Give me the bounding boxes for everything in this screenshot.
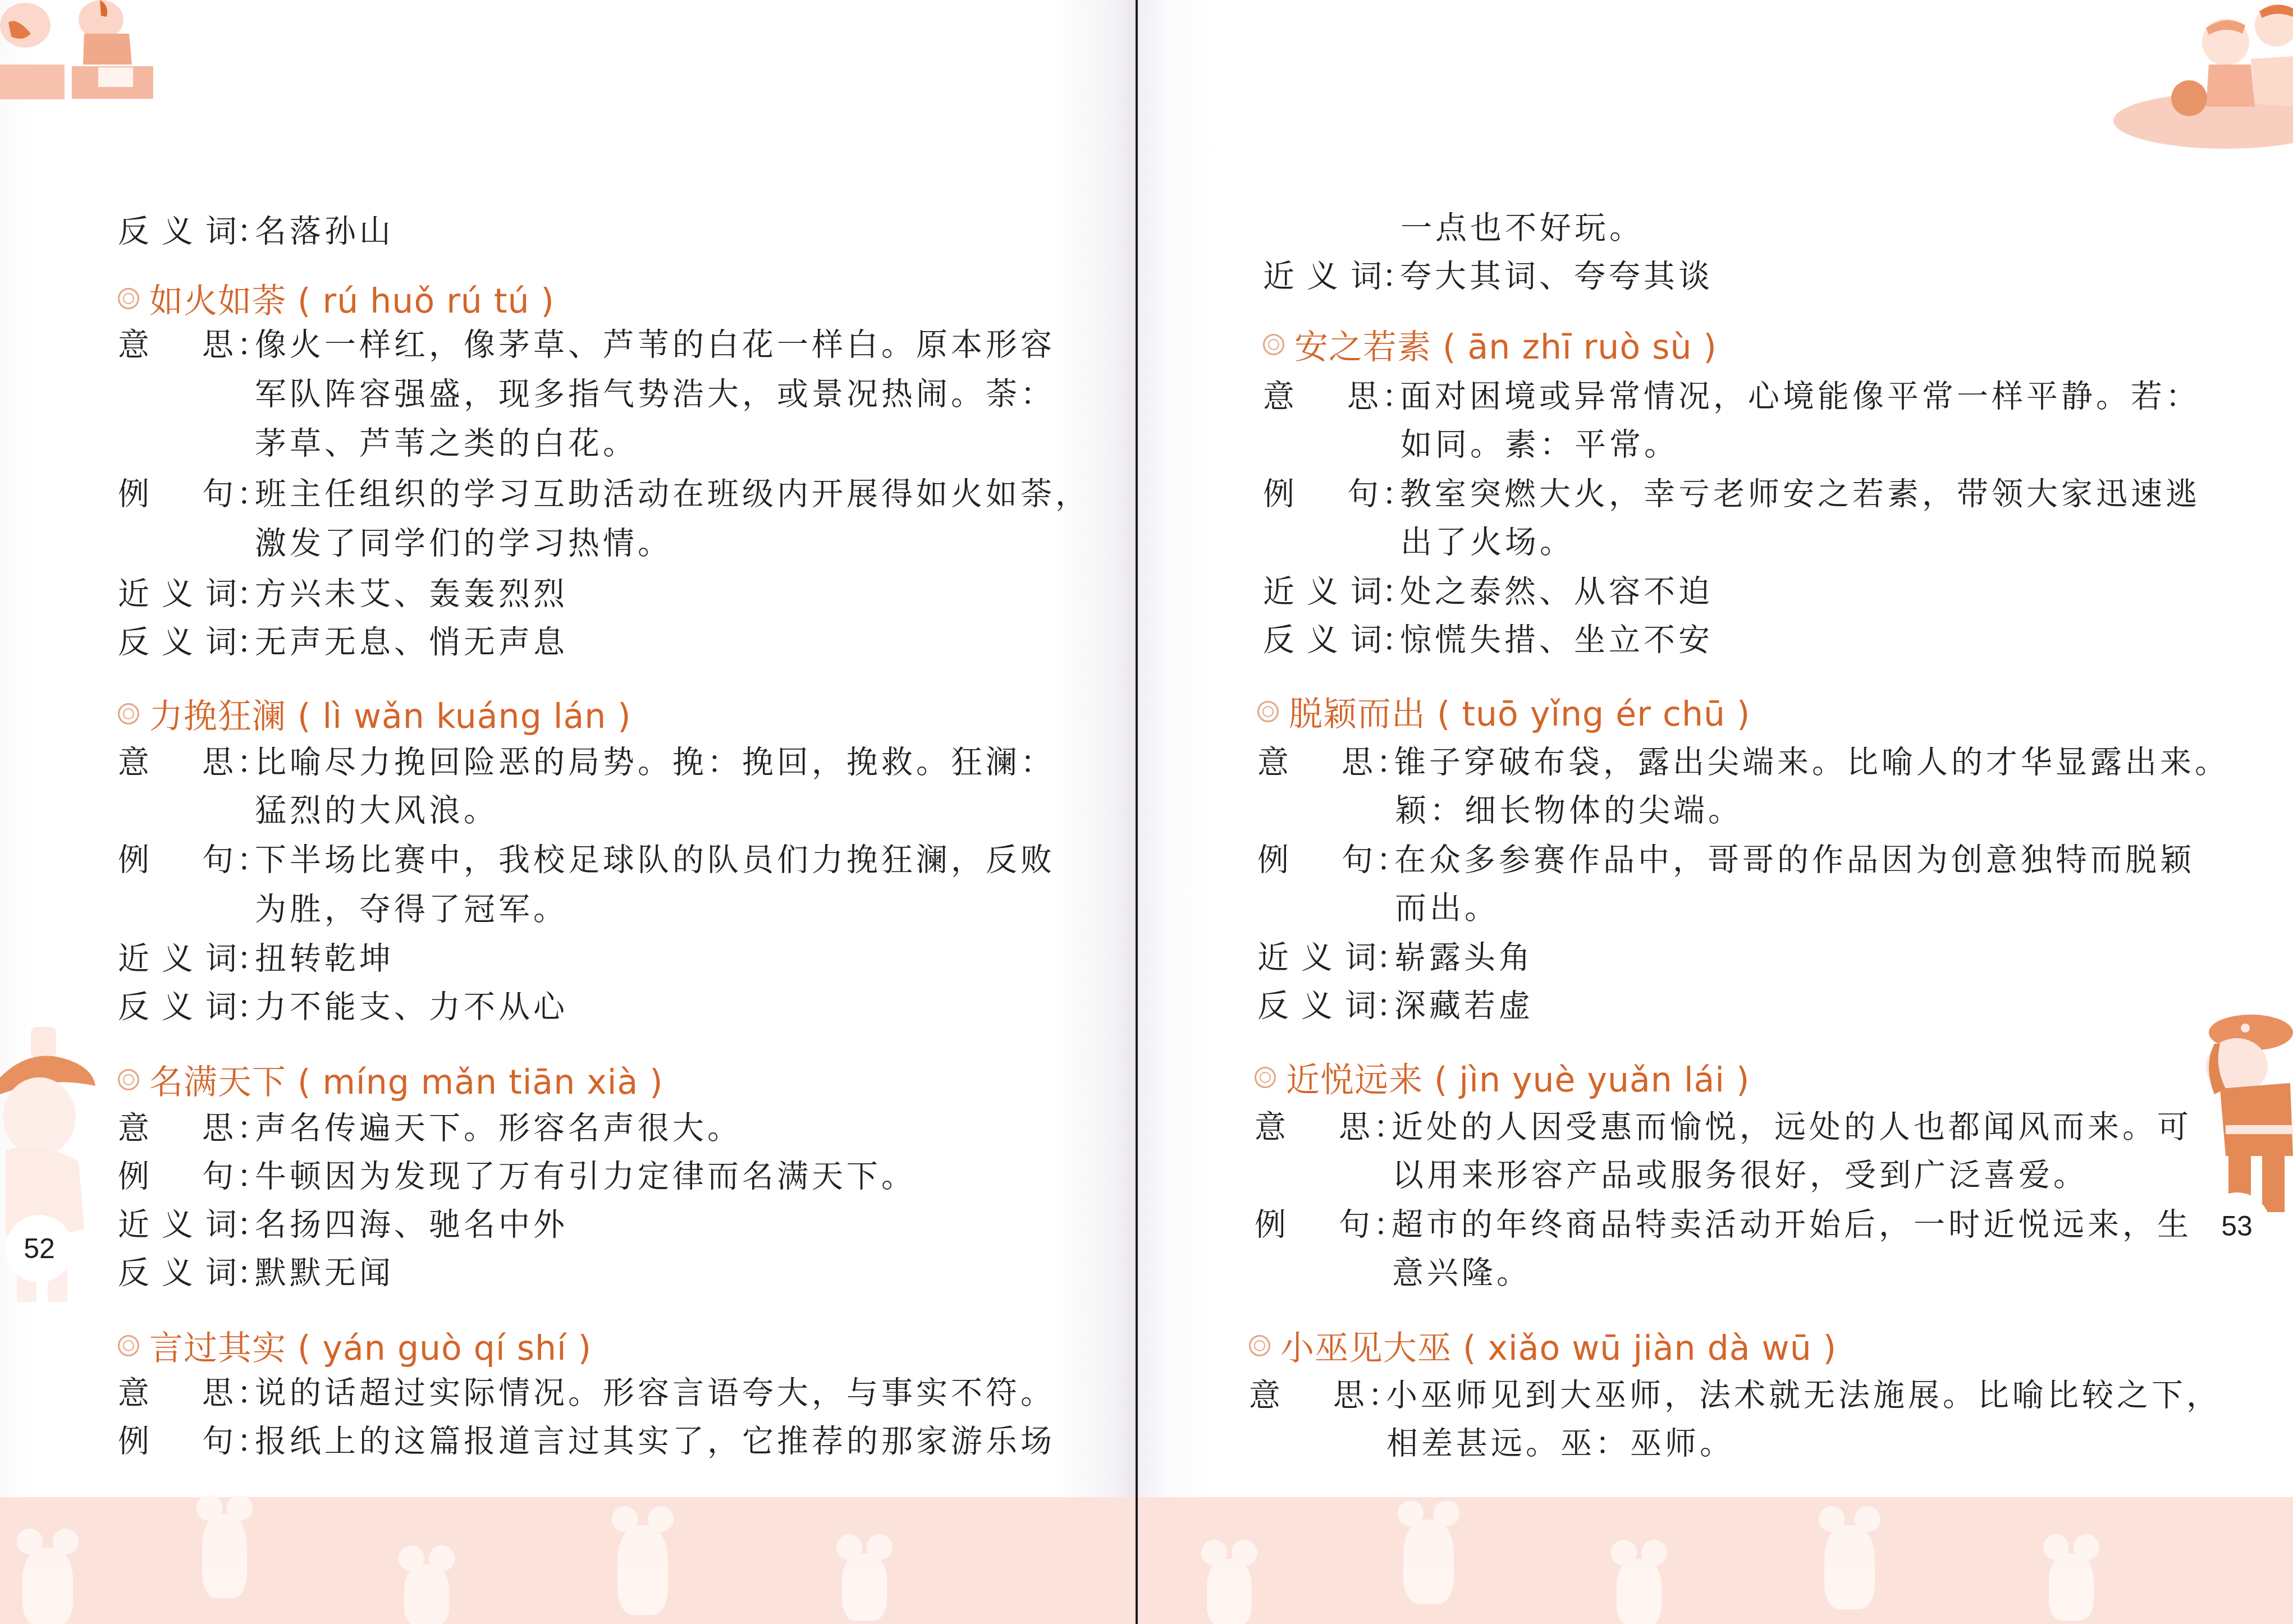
example-line: 例 句：报纸上的这篇报道言过其实了，它推荐的那家游乐场 <box>118 1422 1055 1461</box>
idiom-heading: 名满天下 ( míng mǎn tiān xià ) <box>118 1062 663 1103</box>
example-line-cont: 出了火场。 <box>1400 523 1575 562</box>
children-reading-illustration <box>0 0 157 104</box>
mouse-silhouette-icon <box>1617 1559 1662 1624</box>
meaning-line: 意 思：小巫师见到大巫师，法术就无法施展。比喻比较之下， <box>1249 1376 2221 1415</box>
meaning-line: 意 思：锥子穿破布袋，露出尖端来。比喻人的才华显露出来。 <box>1257 743 2230 782</box>
mouse-silhouette-icon <box>1824 1525 1875 1609</box>
double-circle-icon <box>118 1335 139 1356</box>
meaning-line: 意 思：说的话超过实际情况。形容言语夸大，与事实不符。 <box>118 1374 1055 1413</box>
double-circle-icon <box>118 1069 139 1090</box>
page-number-left: 52 <box>6 1215 73 1282</box>
idiom-heading: 如火如荼 ( rú huǒ rú tú ) <box>118 281 555 322</box>
antonym-label: 反义词 <box>118 212 237 251</box>
idiom-heading: 力挽狂澜 ( lì wǎn kuáng lán ) <box>118 696 631 737</box>
page-number-right: 53 <box>2203 1192 2271 1260</box>
example-line: 例 句：在众多参赛作品中，哥哥的作品因为创意独特而脱颖 <box>1257 841 2195 880</box>
synonym-line: 近义词：夸大其词、夸夸其谈 <box>1263 257 1713 296</box>
boy-uniform-illustration <box>2198 1004 2293 1218</box>
example-line: 例 句：超市的年终商品特卖活动开始后，一时近悦远来，生 <box>1255 1205 2192 1245</box>
book-spine <box>1136 0 1138 1624</box>
antonym-line: 反义词：惊慌失措、坐立不安 <box>1263 621 1713 660</box>
meaning-line-cont: 猛烈的大风浪。 <box>255 791 498 831</box>
meaning-line: 意 思：近处的人因受惠而愉悦，远处的人也都闻风而来。可 <box>1255 1108 2192 1147</box>
meaning-line: 意 思：像火一样红，像茅草、芦苇的白花一样白。原本形容 <box>118 325 1055 365</box>
example-line-cont: 一点也不好玩。 <box>1400 209 1644 248</box>
antonym-line: 反义词：名落孙山 <box>118 212 394 251</box>
meaning-line-cont: 颖：细长物体的尖端。 <box>1395 791 1743 831</box>
idiom-heading: 言过其实 ( yán guò qí shí ) <box>118 1328 592 1369</box>
example-line: 例 句：教室突燃大火，幸亏老师安之若素，带领大家迅速逃 <box>1263 475 2200 514</box>
idiom-heading: 安之若素 ( ān zhī ruò sù ) <box>1263 327 1717 368</box>
antonym-line: 反义词：深藏若虚 <box>1257 987 1534 1026</box>
meaning-line-cont: 如同。素：平常。 <box>1400 425 1679 465</box>
decorative-footer-band <box>0 1497 2293 1624</box>
idiom-pinyin: ( rú huǒ rú tú ) <box>298 282 555 321</box>
meaning-line: 意 思：比喻尽力挽回险恶的局势。挽：挽回，挽救。狂澜： <box>118 743 1055 782</box>
example-line-cont: 意兴隆。 <box>1392 1254 1531 1293</box>
meaning-line-cont: 相差甚远。巫：巫师。 <box>1386 1424 1734 1464</box>
meaning-line-cont: 军队阵容强盛，现多指气势浩大，或景况热闹。荼： <box>255 375 1055 414</box>
example-line-cont: 激发了同学们的学习热情。 <box>255 524 672 563</box>
mouse-silhouette-icon <box>404 1565 449 1624</box>
mouse-silhouette-icon <box>617 1525 668 1615</box>
example-line-cont: 而出。 <box>1395 889 1499 928</box>
meaning-line-cont: 以用来形容产品或服务很好，受到广泛喜爱。 <box>1392 1156 2088 1195</box>
idiom-heading: 小巫见大巫 ( xiǎo wū jiàn dà wū ) <box>1249 1328 1837 1369</box>
synonym-line: 近义词：崭露头角 <box>1257 938 1534 978</box>
mouse-silhouette-icon <box>2049 1553 2094 1621</box>
double-circle-icon <box>1255 1067 1276 1088</box>
mouse-silhouette-icon <box>22 1548 73 1624</box>
meaning-line: 意 思：声名传遍天下。形容名声很大。 <box>118 1109 742 1148</box>
mouse-silhouette-icon <box>842 1553 887 1621</box>
double-circle-icon <box>118 703 139 724</box>
left-page: 52 反义词：名落孙山 如火如荼 ( rú huǒ rú tú ) 意 思：像火… <box>0 0 1137 1624</box>
antonym-text: 名落孙山 <box>255 213 394 250</box>
idiom-heading: 脱颖而出 ( tuō yǐng ér chū ) <box>1257 694 1750 735</box>
example-line: 例 句：牛顿因为发现了万有引力定律而名满天下。 <box>118 1157 916 1196</box>
synonym-line: 近义词：方兴未艾、轰轰烈烈 <box>118 575 568 614</box>
antonym-line: 反义词：力不能支、力不从心 <box>118 988 568 1027</box>
double-circle-icon <box>118 288 139 309</box>
example-line: 例 句：下半场比赛中，我校足球队的队员们力挽狂澜，反败 <box>118 841 1055 880</box>
synonym-line: 近义词：处之泰然、从容不迫 <box>1263 572 1713 612</box>
example-line-cont: 为胜，夺得了冠军。 <box>255 890 568 929</box>
mouse-silhouette-icon <box>1403 1520 1454 1604</box>
idiom-heading: 近悦远来 ( jìn yuè yuǎn lái ) <box>1255 1059 1750 1101</box>
synonym-line: 近义词：名扬四海、驰名中外 <box>118 1205 568 1245</box>
antonym-line: 反义词：无声无息、悄无声息 <box>118 623 568 662</box>
synonym-line: 近义词：扭转乾坤 <box>118 939 394 979</box>
antonym-line: 反义词：默默无闻 <box>118 1254 394 1293</box>
mouse-silhouette-icon <box>202 1514 247 1598</box>
double-circle-icon <box>1257 701 1279 722</box>
right-page: 53 一点也不好玩。 近义词：夸大其词、夸夸其谈 安之若素 ( ān zhī r… <box>1137 0 2293 1624</box>
double-circle-icon <box>1263 334 1284 355</box>
meaning-line: 意 思：面对困境或异常情况，心境能像平常一样平静。若： <box>1263 377 2200 416</box>
mouse-silhouette-icon <box>1207 1559 1252 1624</box>
example-line: 例 句：班主任组织的学习互助活动在班级内开展得如火如荼， <box>118 475 1090 514</box>
idiom-text: 如火如荼 <box>149 282 286 321</box>
double-circle-icon <box>1249 1335 1270 1356</box>
meaning-line-cont: 茅草、芦苇之类的白花。 <box>255 424 638 464</box>
boys-basketball-illustration <box>2108 0 2293 152</box>
